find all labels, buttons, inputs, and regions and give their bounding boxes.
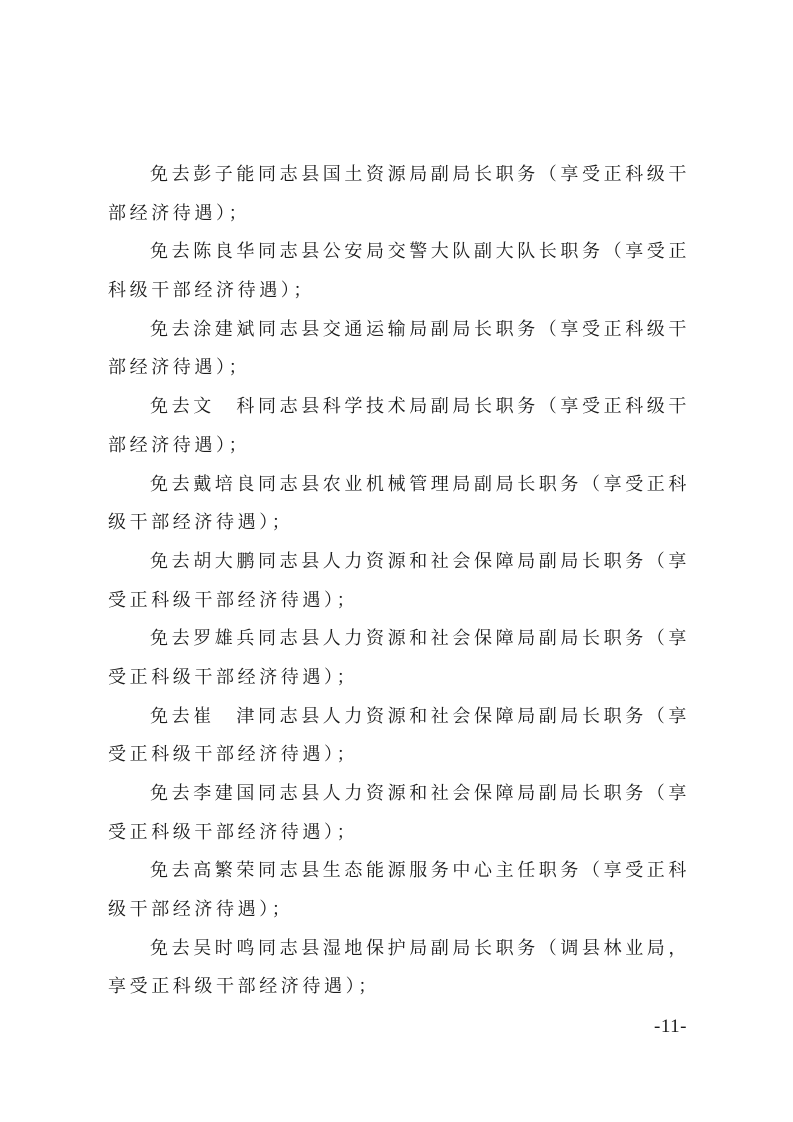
paragraph-dismissal-2: 免去陈良华同志县公安局交警大队副大队长职务（享受正 科级干部经济待遇）； [108, 233, 708, 310]
paragraph-line: 免去戴培良同志县农业机械管理局副局长职务（享受正科 [108, 466, 708, 505]
paragraph-line: 免去陈良华同志县公安局交警大队副大队长职务（享受正 [108, 233, 708, 272]
document-body: 免去彭子能同志县国土资源局副局长职务（享受正科级干 部经济待遇）； 免去陈良华同… [108, 156, 708, 1007]
paragraph-line: 受正科级干部经济待遇）； [108, 814, 708, 853]
paragraph-dismissal-7: 免去罗雄兵同志县人力资源和社会保障局副局长职务（享 受正科级干部经济待遇）； [108, 620, 708, 697]
paragraph-dismissal-4: 免去文 科同志县科学技术局副局长职务（享受正科级干 部经济待遇）； [108, 388, 708, 465]
paragraph-line: 受正科级干部经济待遇）； [108, 659, 708, 698]
paragraph-dismissal-10: 免去高繁荣同志县生态能源服务中心主任职务（享受正科 级干部经济待遇）； [108, 852, 708, 929]
paragraph-dismissal-9: 免去李建国同志县人力资源和社会保障局副局长职务（享 受正科级干部经济待遇）； [108, 775, 708, 852]
paragraph-line: 免去崔 津同志县人力资源和社会保障局副局长职务（享 [108, 698, 708, 737]
paragraph-line: 免去涂建斌同志县交通运输局副局长职务（享受正科级干 [108, 311, 708, 350]
paragraph-dismissal-8: 免去崔 津同志县人力资源和社会保障局副局长职务（享 受正科级干部经济待遇）； [108, 698, 708, 775]
paragraph-line: 部经济待遇）； [108, 195, 708, 234]
paragraph-line: 免去罗雄兵同志县人力资源和社会保障局副局长职务（享 [108, 620, 708, 659]
paragraph-line: 免去胡大鹏同志县人力资源和社会保障局副局长职务（享 [108, 543, 708, 582]
paragraph-line: 免去李建国同志县人力资源和社会保障局副局长职务（享 [108, 775, 708, 814]
paragraph-dismissal-6: 免去胡大鹏同志县人力资源和社会保障局副局长职务（享 受正科级干部经济待遇）； [108, 543, 708, 620]
paragraph-line: 免去文 科同志县科学技术局副局长职务（享受正科级干 [108, 388, 708, 427]
paragraph-line: 受正科级干部经济待遇）； [108, 736, 708, 775]
document-page: 免去彭子能同志县国土资源局副局长职务（享受正科级干 部经济待遇）； 免去陈良华同… [0, 0, 793, 1122]
paragraph-dismissal-1: 免去彭子能同志县国土资源局副局长职务（享受正科级干 部经济待遇）； [108, 156, 708, 233]
paragraph-line: 享受正科级干部经济待遇）； [108, 968, 708, 1007]
paragraph-line: 级干部经济待遇）； [108, 504, 708, 543]
paragraph-line: 科级干部经济待遇）； [108, 272, 708, 311]
paragraph-dismissal-5: 免去戴培良同志县农业机械管理局副局长职务（享受正科 级干部经济待遇）； [108, 466, 708, 543]
paragraph-dismissal-11: 免去吴时鸣同志县湿地保护局副局长职务（调县林业局， 享受正科级干部经济待遇）； [108, 930, 708, 1007]
paragraph-line: 受正科级干部经济待遇）； [108, 582, 708, 621]
page-number: -11- [654, 1016, 687, 1038]
paragraph-line: 免去吴时鸣同志县湿地保护局副局长职务（调县林业局， [108, 930, 708, 969]
paragraph-line: 免去彭子能同志县国土资源局副局长职务（享受正科级干 [108, 156, 708, 195]
paragraph-dismissal-3: 免去涂建斌同志县交通运输局副局长职务（享受正科级干 部经济待遇）； [108, 311, 708, 388]
paragraph-line: 免去高繁荣同志县生态能源服务中心主任职务（享受正科 [108, 852, 708, 891]
paragraph-line: 部经济待遇）； [108, 427, 708, 466]
paragraph-line: 级干部经济待遇）； [108, 891, 708, 930]
paragraph-line: 部经济待遇）； [108, 349, 708, 388]
